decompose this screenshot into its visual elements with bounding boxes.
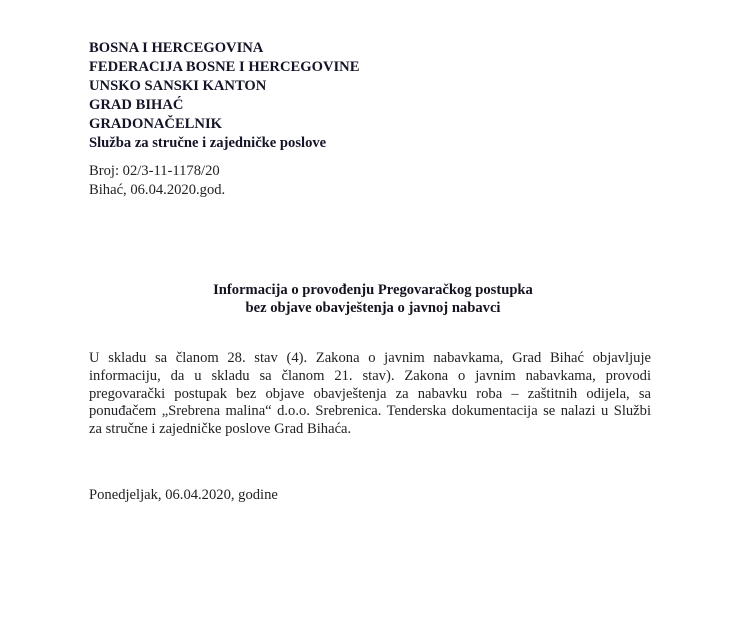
body-line: za stručne i zajedničke poslove Grad Bih… (89, 421, 651, 439)
letterhead-canton: UNSKO SANSKI KANTON (89, 77, 359, 96)
body-line: informaciju, da u skladu sa članom 21. s… (89, 368, 651, 386)
title-line-1: Informacija o provođenju Pregovaračkog p… (150, 281, 596, 299)
letterhead-department: Služba za stručne i zajedničke poslove (89, 134, 359, 153)
closing-date: Ponedjeljak, 06.04.2020, godine (89, 486, 278, 505)
letterhead-federation: FEDERACIJA BOSNE I HERCEGOVINE (89, 58, 359, 77)
letterhead-mayor: GRADONAČELNIK (89, 115, 359, 134)
reference-number: Broj: 02/3-11-1178/20 (89, 162, 225, 181)
document-page: BOSNA I HERCEGOVINA FEDERACIJA BOSNE I H… (0, 0, 737, 629)
place-date: Bihać, 06.04.2020.god. (89, 181, 225, 200)
document-body: U skladu sa članom 28. stav (4). Zakona … (89, 350, 651, 439)
letterhead-country: BOSNA I HERCEGOVINA (89, 39, 359, 58)
letterhead-city: GRAD BIHAĆ (89, 96, 359, 115)
title-line-2: bez objave obavještenja o javnoj nabavci (150, 299, 596, 317)
body-line: pregovarački postupak bez objave obavješ… (89, 386, 651, 404)
document-meta: Broj: 02/3-11-1178/20 Bihać, 06.04.2020.… (89, 162, 225, 200)
body-line: U skladu sa članom 28. stav (4). Zakona … (89, 350, 651, 368)
body-line: ponuđačem „Srebrena malina“ d.o.o. Srebr… (89, 403, 651, 421)
document-title: Informacija o provođenju Pregovaračkog p… (150, 281, 596, 317)
letterhead: BOSNA I HERCEGOVINA FEDERACIJA BOSNE I H… (89, 39, 359, 153)
